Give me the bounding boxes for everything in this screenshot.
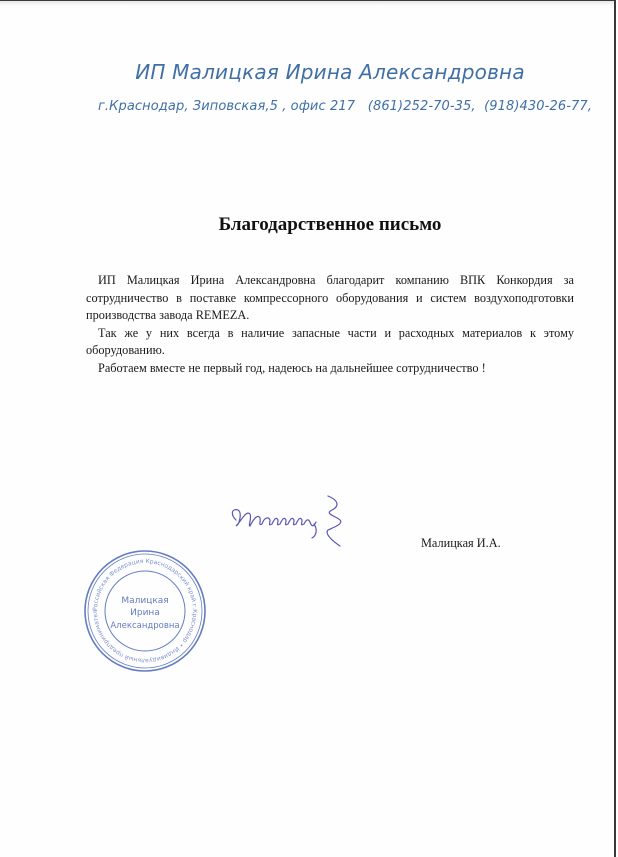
letter-paragraph-2: Так же у них всегда в наличие запасные ч… <box>86 325 574 360</box>
signer-name: Малицкая И.А. <box>421 536 501 551</box>
letter-title: Благодарственное письмо <box>0 214 618 236</box>
letterhead-company-name: ИП Малицкая Ирина Александровна <box>0 60 618 84</box>
stamp-line-1: Малицкая <box>121 596 168 606</box>
letter-paragraph-1: ИП Малицкая Ирина Александровна благодар… <box>86 272 574 325</box>
round-seal-stamp-icon: Российская Федерация Краснодарский край … <box>82 548 208 674</box>
stamp-line-3: Александровна <box>110 621 179 631</box>
letter-page: ИП Малицкая Ирина Александровна г.Красно… <box>0 0 616 857</box>
handwritten-signature-icon <box>228 494 358 550</box>
stamp-line-2: Ирина <box>130 608 160 618</box>
letter-paragraph-3: Работаем вместе не первый год, надеюсь н… <box>86 360 574 378</box>
svg-text:Российская Федерация Краснодар: Российская Федерация Краснодарский край … <box>82 548 198 664</box>
page-top-shadow <box>0 1 614 6</box>
letterhead-address: г.Краснодар, Зиповская,5 , офис 217 (861… <box>98 99 592 114</box>
letter-body: ИП Малицкая Ирина Александровна благодар… <box>86 272 574 377</box>
